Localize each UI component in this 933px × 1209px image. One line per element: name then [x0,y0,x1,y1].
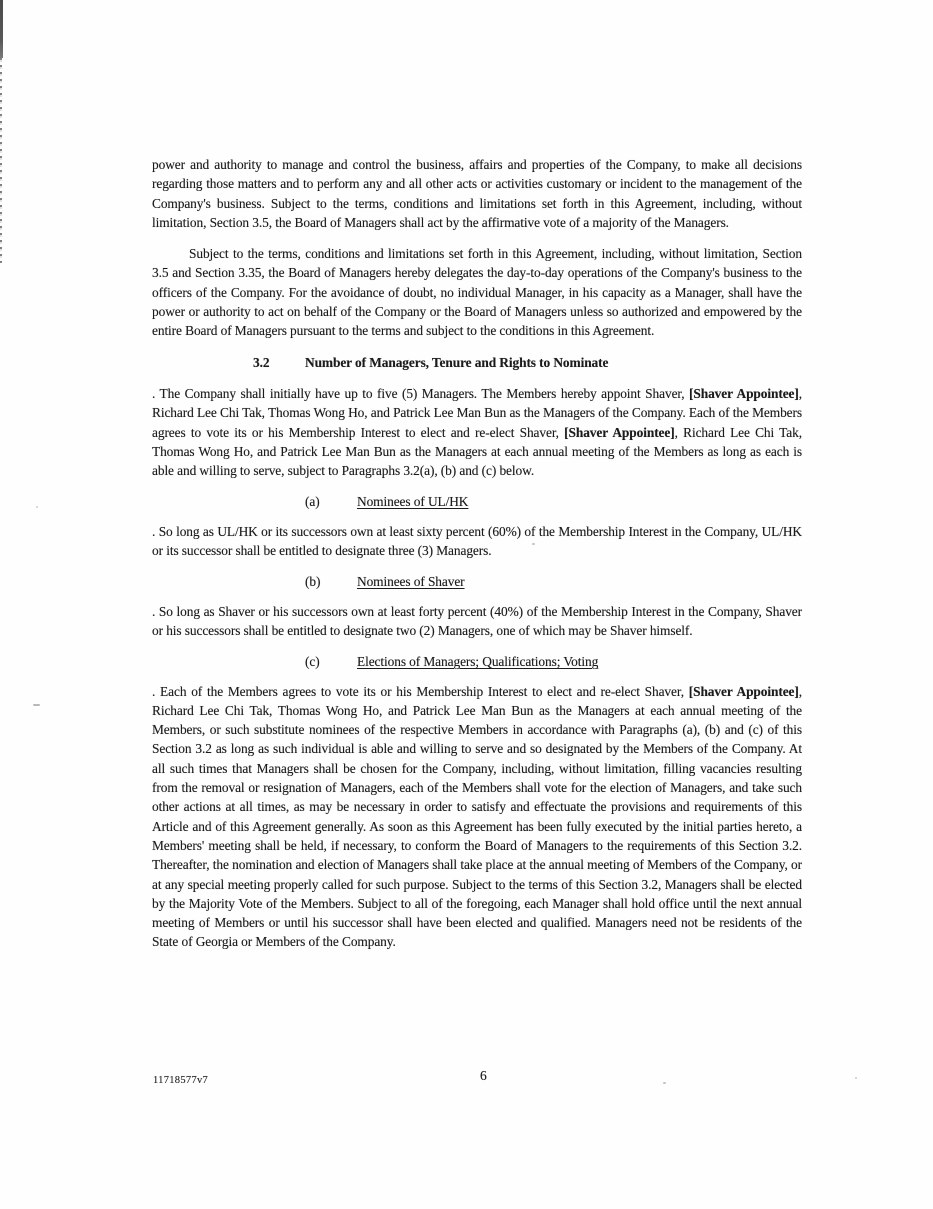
scan-artifact-left-speckle [0,58,2,263]
scan-artifact-left-edge [0,0,3,58]
paragraph-text: . Each of the Members agrees to vote its… [152,684,689,699]
paragraph-manager-appointment: . The Company shall initially have up to… [152,384,802,480]
subsection-a-title: Nominees of UL/HK [357,494,468,509]
paragraph-delegation: Subject to the terms, conditions and lim… [152,244,802,340]
section-3-2-heading: 3.2Number of Managers, Tenure and Rights… [253,353,802,372]
paragraph-text: , Richard Lee Chi Tak, Thomas Wong Ho, a… [152,684,802,950]
paragraph-ulhk-nominees: . So long as UL/HK or its successors own… [152,522,802,561]
shaver-appointee-bold: [Shaver Appointee] [689,386,799,401]
document-body: power and authority to manage and contro… [152,155,802,964]
paragraph-text: Subject to the terms, conditions and lim… [152,246,802,338]
subsection-c-label: (c) [305,652,357,671]
shaver-appointee-bold: [Shaver Appointee] [564,425,674,440]
subsection-c-heading: (c)Elections of Managers; Qualifications… [305,652,802,671]
paragraph-board-powers: power and authority to manage and contro… [152,155,802,232]
scan-speck [36,506,38,508]
shaver-appointee-bold: [Shaver Appointee] [689,684,799,699]
paragraph-text: power and authority to manage and contro… [152,157,802,230]
scan-speck [33,704,40,706]
subsection-b-heading: (b)Nominees of Shaver [305,572,802,591]
paragraph-text: . The Company shall initially have up to… [152,386,689,401]
footer-page-number: 6 [480,1068,487,1084]
paragraph-elections-voting: . Each of the Members agrees to vote its… [152,682,802,952]
paragraph-text: . So long as UL/HK or its successors own… [152,524,802,558]
paragraph-text: . So long as Shaver or his successors ow… [152,604,802,638]
subsection-b-label: (b) [305,572,357,591]
section-number: 3.2 [253,353,305,372]
subsection-c-title: Elections of Managers; Qualifications; V… [357,654,598,669]
subsection-b-title: Nominees of Shaver [357,574,465,589]
subsection-a-heading: (a)Nominees of UL/HK [305,492,802,511]
section-title: Number of Managers, Tenure and Rights to… [305,355,608,370]
paragraph-shaver-nominees: . So long as Shaver or his successors ow… [152,602,802,641]
subsection-a-label: (a) [305,492,357,511]
scanned-document-page: power and authority to manage and contro… [0,0,933,1209]
footer-document-id: 11718577v7 [153,1075,208,1086]
scan-speck [663,1082,666,1084]
scan-speck [855,1077,857,1079]
